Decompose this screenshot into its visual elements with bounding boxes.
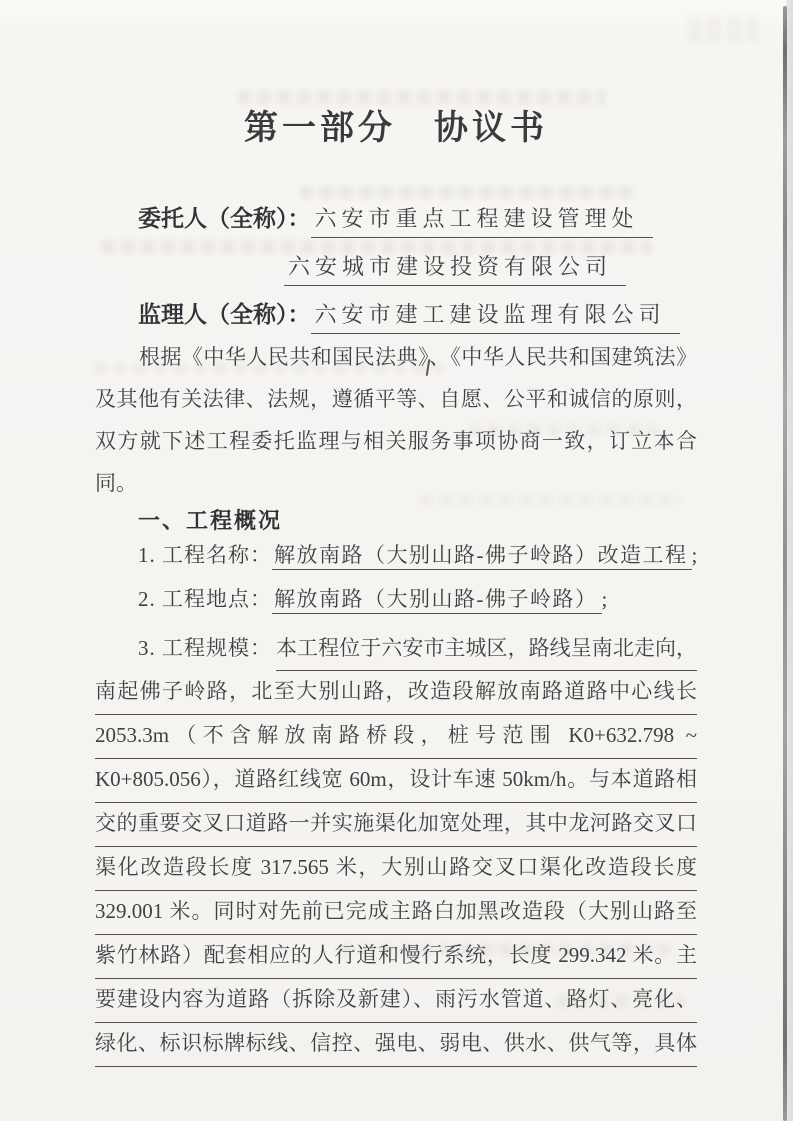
client-label: 委托人（全称）：: [138, 206, 311, 231]
section-heading: 一、工程概况: [138, 504, 282, 535]
project-scale-line: 交的重要交叉口道路一并实施渠化加宽处理，其中龙河路交叉口: [95, 803, 697, 847]
preamble-line: 根据《中华人民共和国民法典》、《中华人民共和国建筑法》: [95, 336, 697, 378]
project-name-value: 解放南路（大别山路-佛子岭路）改造工程: [272, 543, 692, 570]
project-location-suffix: ;: [602, 587, 608, 611]
project-scale-line: 2053.3m（不含解放南路桥段，桩号范围 K0+632.798 ~: [95, 715, 697, 759]
bleedthrough-smudge: [300, 186, 638, 199]
preamble-line: 双方就下述工程委托监理与相关服务事项协商一致，订立本合: [95, 420, 697, 462]
supervisor-label: 监理人（全称）：: [138, 302, 311, 327]
supervisor-name: 六安市建工建设监理有限公司: [311, 300, 680, 334]
project-name-row: 1. 工程名称：解放南路（大别山路-佛子岭路）改造工程;: [138, 538, 698, 582]
parties-block: 委托人（全称）：六安市重点工程建设管理处 六安城市建设投资有限公司 监理人（全称…: [138, 204, 698, 348]
project-scale-row: 3. 工程规模：本工程位于六安市主城区，路线呈南北走向，: [95, 628, 697, 671]
project-location-row: 2. 工程地点：解放南路（大别山路-佛子岭路）;: [138, 582, 698, 626]
client-name-line1: 六安市重点工程建设管理处: [311, 204, 653, 238]
client-row: 委托人（全称）：六安市重点工程建设管理处: [138, 204, 698, 252]
preamble-line: 及其他有关法律、法规，遵循平等、自愿、公平和诚信的原则，: [95, 378, 697, 420]
project-scale-line: 绿化、标识标牌标线、信控、强电、弱电、供水、供气等，具体: [95, 1023, 697, 1067]
project-scale-line: 要建设内容为道路（拆除及新建）、雨污水管道、路灯、亮化、: [95, 979, 697, 1023]
project-scale-line: 紫竹林路）配套相应的人行道和慢行系统，长度 299.342 米。主: [95, 935, 697, 979]
project-scale-line: 渠化改造段长度 317.565 米，大别山路交叉口渠化改造段长度: [95, 847, 697, 891]
project-location-value: 解放南路（大别山路-佛子岭路）: [272, 587, 602, 614]
project-name-label: 1. 工程名称：: [138, 543, 272, 567]
project-name-suffix: ;: [692, 543, 698, 567]
client-name-line2: 六安城市建设投资有限公司: [284, 252, 626, 286]
client-row-2: 六安城市建设投资有限公司: [138, 252, 698, 300]
preamble-line: 同。: [95, 462, 697, 504]
project-location-label: 2. 工程地点：: [138, 587, 272, 611]
page-title: 第一部分 协议书: [95, 100, 697, 149]
project-scale-label: 3. 工程规模：: [138, 628, 272, 671]
project-scale-line: 南起佛子岭路，北至大别山路，改造段解放南路道路中心线长: [95, 671, 697, 715]
preamble-paragraph: 根据《中华人民共和国民法典》、《中华人民共和国建筑法》 及其他有关法律、法规，遵…: [95, 336, 697, 504]
document-page: 第一部分 协议书 委托人（全称）：六安市重点工程建设管理处 六安城市建设投资有限…: [0, 0, 793, 1121]
project-scale-line: K0+805.056），道路红线宽 60m，设计车速 50km/h。与本道路相: [95, 759, 697, 803]
project-scale-line: 329.001 米。同时对先前已完成主路白加黑改造段（大别山路至: [95, 891, 697, 935]
project-info-items: 1. 工程名称：解放南路（大别山路-佛子岭路）改造工程; 2. 工程地点：解放南…: [138, 538, 698, 626]
project-scale-line: 本工程位于六安市主城区，路线呈南北走向，: [276, 628, 697, 671]
scan-edge-line: [783, 6, 787, 1121]
page-edge-strip: [786, 0, 793, 1121]
bleedthrough-smudge: [688, 16, 758, 42]
project-scale-paragraph: 3. 工程规模：本工程位于六安市主城区，路线呈南北走向， 南起佛子岭路，北至大别…: [95, 628, 697, 1067]
